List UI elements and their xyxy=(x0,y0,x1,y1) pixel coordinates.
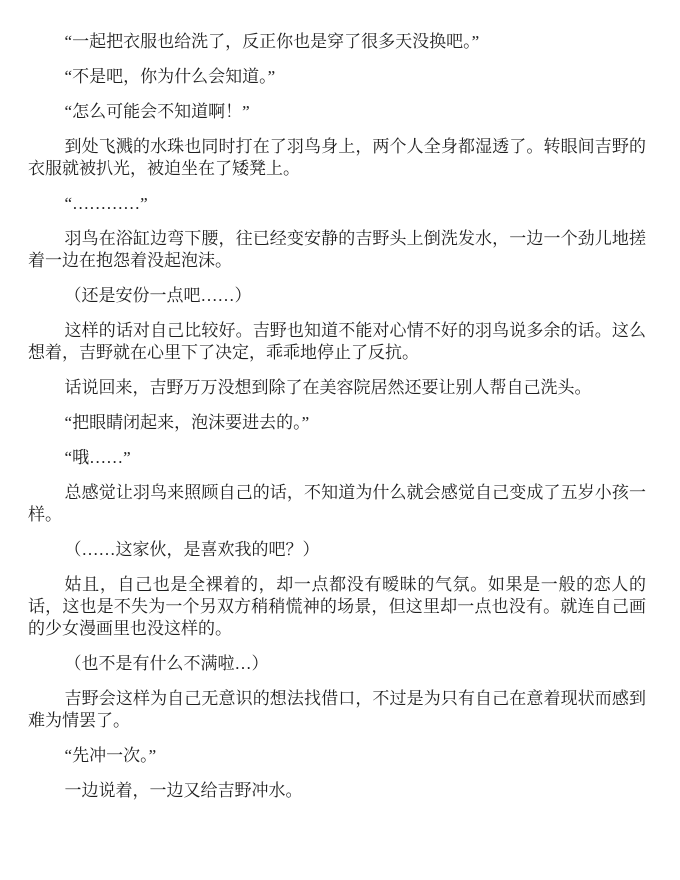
paragraph-thought: （……这家伙，是喜欢我的吧？） xyxy=(28,539,646,561)
paragraph-narration: 总感觉让羽鸟来照顾自己的话，不知道为什么就会感觉自己变成了五岁小孩一样。 xyxy=(28,482,646,526)
paragraph-dialogue: “不是吧，你为什么会知道。” xyxy=(28,66,646,88)
paragraph-narration: 到处飞溅的水珠也同时打在了羽鸟身上，两个人全身都湿透了。转眼间吉野的衣服就被扒光… xyxy=(28,136,646,180)
paragraph-dialogue: “先冲一次。” xyxy=(28,745,646,767)
paragraph-thought: （也不是有什么不满啦…） xyxy=(28,653,646,675)
paragraph-narration: 这样的话对自己比较好。吉野也知道不能对心情不好的羽鸟说多余的话。这么想着，吉野就… xyxy=(28,320,646,364)
paragraph-narration: 话说回来，吉野万万没想到除了在美容院居然还要让别人帮自己洗头。 xyxy=(28,377,646,399)
document-page: “一起把衣服也给洗了，反正你也是穿了很多天没换吧。” “不是吧，你为什么会知道。… xyxy=(0,0,680,880)
paragraph-narration: 一边说着，一边又给吉野冲水。 xyxy=(28,780,646,802)
paragraph-narration: 羽鸟在浴缸边弯下腰，往已经变安静的吉野头上倒洗发水，一边一个劲儿地搓着一边在抱怨… xyxy=(28,228,646,272)
paragraph-narration: 吉野会这样为自己无意识的想法找借口，不过是为只有自己在意着现状而感到难为情罢了。 xyxy=(28,688,646,732)
paragraph-thought: （还是安份一点吧……） xyxy=(28,285,646,307)
paragraph-dialogue: “把眼睛闭起来，泡沫要进去的。” xyxy=(28,412,646,434)
paragraph-narration: 姑且，自己也是全裸着的，却一点都没有暧昧的气氛。如果是一般的恋人的话，这也是不失… xyxy=(28,574,646,640)
paragraph-dialogue: “…………” xyxy=(28,193,646,215)
paragraph-dialogue: “一起把衣服也给洗了，反正你也是穿了很多天没换吧。” xyxy=(28,31,646,53)
paragraph-dialogue: “怎么可能会不知道啊！” xyxy=(28,101,646,123)
novel-text-block: “一起把衣服也给洗了，反正你也是穿了很多天没换吧。” “不是吧，你为什么会知道。… xyxy=(0,0,680,802)
paragraph-dialogue: “哦……” xyxy=(28,447,646,469)
